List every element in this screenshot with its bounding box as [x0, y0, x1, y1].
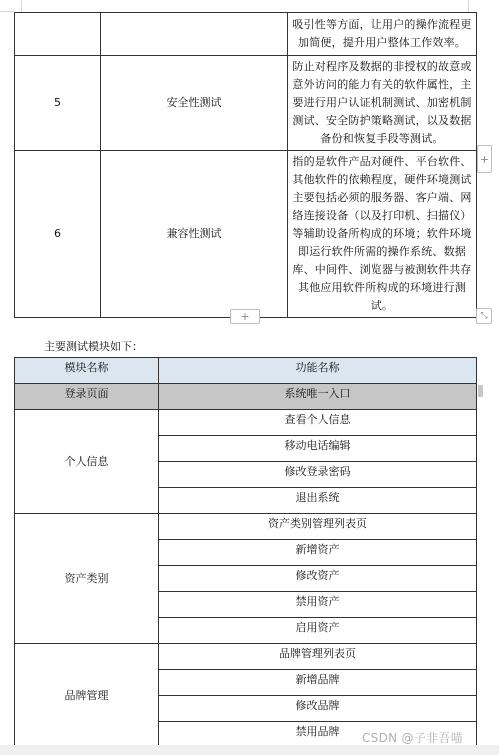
module-cell: 资产类别 — [15, 514, 159, 644]
function-cell: 修改资产 — [159, 566, 477, 592]
test-types-table: 吸引性等方面，让用户的操作流程更加简便，提升用户整体工作效率。 5 安全性测试 … — [14, 12, 477, 318]
page-margin-mark — [21, 0, 22, 12]
module-cell: 登录页面 — [15, 384, 159, 410]
function-cell: 品牌管理列表页 — [159, 644, 477, 670]
table-row: 5 安全性测试 防止对程序及数据的非授权的故意或意外访问的能力有关的软件属性，主… — [15, 56, 477, 151]
table-row: 个人信息 查看个人信息 — [15, 410, 477, 436]
plus-icon: + — [480, 154, 489, 165]
table-row: 品牌管理 品牌管理列表页 — [15, 644, 477, 670]
table-row: 6 兼容性测试 指的是软件产品对硬件、平台软件、其他软件的依赖程度，硬件环境测试… — [15, 151, 477, 318]
description-cell: 吸引性等方面，让用户的操作流程更加简便，提升用户整体工作效率。 — [288, 13, 477, 56]
description-cell: 防止对程序及数据的非授权的故意或意外访问的能力有关的软件属性，主要进行用户认证机… — [288, 56, 477, 151]
function-cell: 系统唯一入口 — [159, 384, 477, 410]
scrollbar-marker[interactable] — [478, 385, 483, 397]
function-cell: 新增资产 — [159, 540, 477, 566]
table-header-row: 模块名称 功能名称 — [15, 358, 477, 384]
function-cell: 查看个人信息 — [159, 410, 477, 436]
function-cell: 退出系统 — [159, 488, 477, 514]
test-name-cell: 兼容性测试 — [101, 151, 288, 318]
watermark: CSDN @子非吾喵 — [362, 729, 463, 746]
function-cell: 移动电话编辑 — [159, 436, 477, 462]
test-modules-table: 模块名称 功能名称 登录页面 系统唯一入口 个人信息 查看个人信息 移动电话编辑… — [14, 357, 477, 748]
function-cell: 资产类别管理列表页 — [159, 514, 477, 540]
page-margin-mark — [0, 11, 14, 12]
add-row-button[interactable]: + — [230, 309, 260, 324]
table-row: 资产类别 资产类别管理列表页 — [15, 514, 477, 540]
module-cell: 品牌管理 — [15, 644, 159, 748]
description-cell: 指的是软件产品对硬件、平台软件、其他软件的依赖程度，硬件环境测试主要包括必须的服… — [288, 151, 477, 318]
test-name-cell: 安全性测试 — [101, 56, 288, 151]
function-cell: 修改品牌 — [159, 696, 477, 722]
add-column-button[interactable]: + — [477, 145, 492, 173]
page-margin-mark — [468, 0, 469, 12]
section-caption: 主要测试模块如下： — [44, 338, 143, 354]
index-cell: 5 — [15, 56, 101, 151]
function-cell: 修改登录密码 — [159, 462, 477, 488]
module-cell: 个人信息 — [15, 410, 159, 514]
table-row-login: 登录页面 系统唯一入口 — [15, 384, 477, 410]
function-cell: 新增品牌 — [159, 670, 477, 696]
test-name-cell — [101, 13, 288, 56]
index-cell: 6 — [15, 151, 101, 318]
bottom-strip — [0, 745, 499, 755]
header-function-name: 功能名称 — [159, 358, 477, 384]
index-cell — [15, 13, 101, 56]
function-cell: 启用资产 — [159, 618, 477, 644]
header-module-name: 模块名称 — [15, 358, 159, 384]
function-cell: 禁用资产 — [159, 592, 477, 618]
table-resize-handle[interactable]: ⤡ — [476, 308, 492, 324]
table-row: 吸引性等方面，让用户的操作流程更加简便，提升用户整体工作效率。 — [15, 13, 477, 56]
plus-icon: + — [240, 311, 249, 322]
resize-icon: ⤡ — [480, 312, 487, 321]
